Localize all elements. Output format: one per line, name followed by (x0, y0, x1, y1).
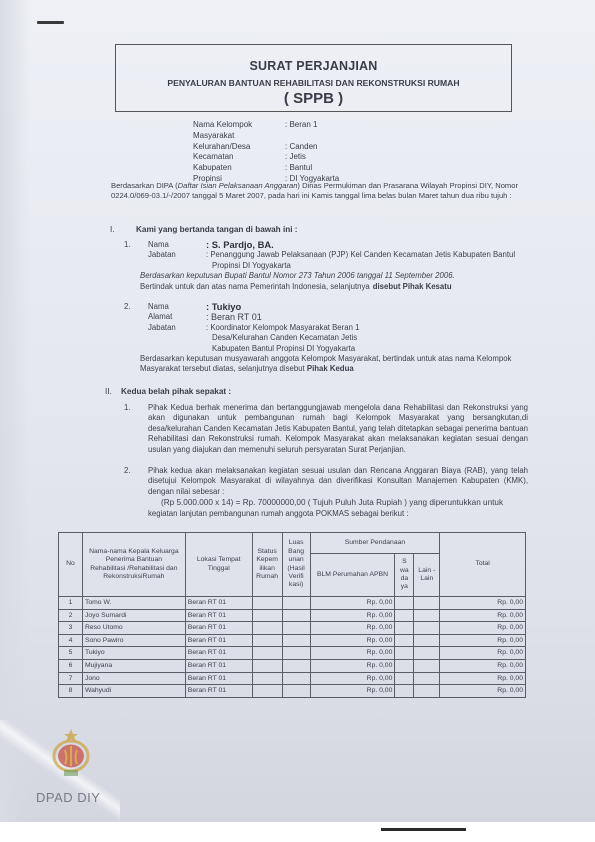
cell-area (282, 634, 310, 647)
cell-swadaya (395, 672, 414, 685)
section-1-heading: Kami yang bertanda tangan di bawah ini : (136, 225, 298, 234)
cell-swadaya (395, 622, 414, 635)
cell-no: 1 (59, 597, 83, 610)
cell-swadaya (395, 597, 414, 610)
table-row: 7JonoBeran RT 01Rp. 0,00Rp. 0,00 (59, 672, 526, 685)
header-funding: Sumber Pendanaan (310, 533, 440, 554)
document-title: SURAT PERJANJIAN (116, 59, 511, 73)
cell-location: Beran RT 01 (185, 609, 252, 622)
identity-value: : Bantul (285, 163, 312, 174)
cell-name: Reso Utomo (82, 622, 185, 635)
cell-total: Rp. 0,00 (440, 672, 526, 685)
table-row: 5TukiyoBeran RT 01Rp. 0,00Rp. 0,00 (59, 647, 526, 660)
cell-no: 7 (59, 672, 83, 685)
cell-status (252, 597, 282, 610)
party-1-name: : S. Pardjo, BA. (206, 240, 524, 250)
section-2-heading: Kedua belah pihak sepakat : (121, 387, 231, 396)
cell-status (252, 672, 282, 685)
footer-mark (381, 828, 466, 831)
header-lain: Lain - Lain (414, 554, 440, 597)
header-location: Lokasi Tempat Tinggal (185, 533, 252, 597)
table-row: 2Joyo SumardiBeran RT 01Rp. 0,00Rp. 0,00 (59, 609, 526, 622)
cell-no: 6 (59, 659, 83, 672)
cell-location: Beran RT 01 (185, 672, 252, 685)
cell-name: Tomo W. (82, 597, 185, 610)
identity-label: Kecamatan (193, 152, 285, 163)
pen-mark (37, 21, 64, 24)
header-name: Nama-nama Kepala Keluarga Penerima Bantu… (82, 533, 185, 597)
scanned-page: SURAT PERJANJIAN PENYALURAN BANTUAN REHA… (0, 0, 595, 822)
cell-no: 3 (59, 622, 83, 635)
document-subtitle: PENYALURAN BANTUAN REHABILITASI DAN REKO… (116, 78, 511, 88)
cell-location: Beran RT 01 (185, 634, 252, 647)
cell-total: Rp. 0,00 (440, 685, 526, 698)
cell-name: Sono Pawiro (82, 634, 185, 647)
identity-row: Nama Kelompok Masyarakat: Beran 1 (193, 120, 339, 142)
beneficiary-table: No Nama-nama Kepala Keluarga Penerima Ba… (58, 532, 526, 698)
cell-status (252, 685, 282, 698)
cell-no: 2 (59, 609, 83, 622)
cell-lain (414, 609, 440, 622)
identity-row: Kecamatan: Jetis (193, 152, 339, 163)
header-swadaya: S wa da ya (395, 554, 414, 597)
identity-label: Kelurahan/Desa (193, 142, 285, 153)
cell-swadaya (395, 685, 414, 698)
cell-area (282, 672, 310, 685)
cell-lain (414, 597, 440, 610)
cell-lain (414, 685, 440, 698)
dpad-diy-logo-icon (50, 728, 92, 780)
cell-total: Rp. 0,00 (440, 647, 526, 660)
identity-value: : Canden (285, 142, 317, 153)
header-total: Total (440, 533, 526, 597)
table-row: 8WahyudiBeran RT 01Rp. 0,00Rp. 0,00 (59, 685, 526, 698)
cell-name: Mujiyana (82, 659, 185, 672)
cell-status (252, 634, 282, 647)
cell-location: Beran RT 01 (185, 659, 252, 672)
cell-name: Jono (82, 672, 185, 685)
section-1-number: I. (110, 225, 115, 234)
cell-name: Wahyudi (82, 685, 185, 698)
cell-location: Beran RT 01 (185, 685, 252, 698)
cell-area (282, 685, 310, 698)
cell-lain (414, 659, 440, 672)
cell-name: Joyo Sumardi (82, 609, 185, 622)
title-box: SURAT PERJANJIAN PENYALURAN BANTUAN REHA… (115, 44, 512, 112)
cell-total: Rp. 0,00 (440, 634, 526, 647)
identity-label: Nama Kelompok Masyarakat (193, 120, 285, 142)
document-code: ( SPPB ) (116, 90, 511, 107)
cell-blm: Rp. 0,00 (310, 672, 395, 685)
cell-location: Beran RT 01 (185, 622, 252, 635)
agreement-item-2: 2.Pihak kedua akan melaksanakan kegiatan… (124, 466, 528, 497)
cell-total: Rp. 0,00 (440, 597, 526, 610)
table-row: 6MujiyanaBeran RT 01Rp. 0,00Rp. 0,00 (59, 659, 526, 672)
party-2: 2.Nama: Tukiyo Alamat: Beran RT 01 Jabat… (124, 302, 524, 375)
cell-area (282, 622, 310, 635)
cell-status (252, 647, 282, 660)
cell-status (252, 609, 282, 622)
cell-status (252, 622, 282, 635)
identity-row: Kelurahan/Desa: Canden (193, 142, 339, 153)
cell-swadaya (395, 634, 414, 647)
cell-area (282, 597, 310, 610)
cell-swadaya (395, 609, 414, 622)
table-row: 4Sono PawiroBeran RT 01Rp. 0,00Rp. 0,00 (59, 634, 526, 647)
cell-area (282, 609, 310, 622)
header-area: Luas Bang unan (Hasil Verifi kasi) (282, 533, 310, 597)
cell-blm: Rp. 0,00 (310, 685, 395, 698)
cell-blm: Rp. 0,00 (310, 634, 395, 647)
cell-lain (414, 672, 440, 685)
cell-area (282, 647, 310, 660)
identity-row: Kabupaten: Bantul (193, 163, 339, 174)
table-row: 1Tomo W.Beran RT 01Rp. 0,00Rp. 0,00 (59, 597, 526, 610)
cell-blm: Rp. 0,00 (310, 659, 395, 672)
identity-block: Nama Kelompok Masyarakat: Beran 1Kelurah… (193, 120, 339, 185)
header-status: Status Kepem ilikan Rumah (252, 533, 282, 597)
cell-swadaya (395, 659, 414, 672)
amount-line-2: kegiatan lanjutan pembangunan rumah angg… (148, 509, 518, 519)
cell-total: Rp. 0,00 (440, 659, 526, 672)
cell-area (282, 659, 310, 672)
header-no: No (59, 533, 83, 597)
cell-lain (414, 634, 440, 647)
cell-blm: Rp. 0,00 (310, 647, 395, 660)
cell-blm: Rp. 0,00 (310, 622, 395, 635)
cell-total: Rp. 0,00 (440, 609, 526, 622)
section-2-number: II. (105, 387, 112, 396)
cell-lain (414, 622, 440, 635)
header-blm: BLM Perumahan APBN (310, 554, 395, 597)
party-2-name: : Tukiyo (206, 302, 524, 312)
cell-no: 8 (59, 685, 83, 698)
amount-line: (Rp 5.000.000 x 14) = Rp. 70000000,00 ( … (161, 498, 531, 508)
cell-blm: Rp. 0,00 (310, 597, 395, 610)
cell-no: 4 (59, 634, 83, 647)
party-1: 1.Nama: S. Pardjo, BA. Jabatan: Penanggu… (124, 240, 524, 292)
cell-swadaya (395, 647, 414, 660)
watermark-text: DPAD DIY (36, 790, 100, 805)
cell-name: Tukiyo (82, 647, 185, 660)
cell-status (252, 659, 282, 672)
identity-label: Kabupaten (193, 163, 285, 174)
agreement-item-1: 1.Pihak Kedua berhak menerima dan bertan… (124, 403, 528, 455)
identity-value: : Beran 1 (285, 120, 317, 142)
table-row: 3Reso UtomoBeran RT 01Rp. 0,00Rp. 0,00 (59, 622, 526, 635)
identity-value: : Jetis (285, 152, 306, 163)
cell-lain (414, 647, 440, 660)
cell-location: Beran RT 01 (185, 647, 252, 660)
cell-blm: Rp. 0,00 (310, 609, 395, 622)
cell-location: Beran RT 01 (185, 597, 252, 610)
intro-paragraph: Berdasarkan DIPA (Daftar Isian Pelaksana… (111, 181, 518, 202)
cell-no: 5 (59, 647, 83, 660)
cell-total: Rp. 0,00 (440, 622, 526, 635)
